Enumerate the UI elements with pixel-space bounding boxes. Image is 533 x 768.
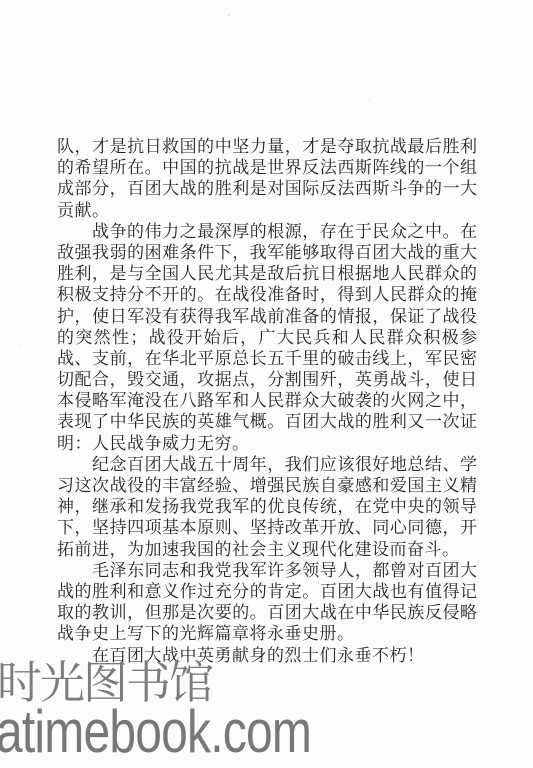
- text-line: 下，坚持四项基本原则、坚持改革开放、同心同德，开: [57, 517, 477, 538]
- text-line: 敌强我弱的困难条件下，我军能够取得百团大战的重大: [57, 242, 477, 263]
- page-text-block: 队，才是抗日救国的中坚力量，才是夺取抗战最后胜利 的希望所在。中国的抗战是世界反…: [57, 136, 477, 666]
- text-line: 的希望所在。中国的抗战是世界反法西斯阵线的一个组: [57, 157, 477, 178]
- text-line: 胜利，是与全国人民尤其是敌后抗日根据地人民群众的: [57, 263, 477, 284]
- text-line: 战的胜利和意义作过充分的肯定。百团大战也有值得记: [57, 581, 477, 602]
- text-line: 明：人民战争威力无穷。: [57, 433, 477, 454]
- text-line: 习这次战役的丰富经验、增强民族自豪感和爱国主义精: [57, 475, 477, 496]
- text-line: 成部分，百团大战的胜利是对国际反法西斯斗争的一大: [57, 178, 477, 199]
- text-line: 队，才是抗日救国的中坚力量，才是夺取抗战最后胜利: [57, 136, 477, 157]
- text-line: 积极支持分不开的。在战役准备时，得到人民群众的掩: [57, 284, 477, 305]
- watermark-domain: atimebook.com: [0, 701, 311, 763]
- text-line: 战、支前，在华北平原总长五千里的破击线上，军民密: [57, 348, 477, 369]
- text-line: 神，继承和发扬我党我军的优良传统，在党中央的领导: [57, 496, 477, 517]
- text-line: 毛泽东同志和我党我军许多领导人，都曾对百团大: [57, 560, 477, 581]
- text-line: 贡献。: [57, 200, 477, 221]
- text-line: 取的教训，但那是次要的。百团大战在中华民族反侵略: [57, 602, 477, 623]
- text-line: 护，使日军没有获得我军战前准备的情报，保证了战役: [57, 306, 477, 327]
- text-line: 本侵略军淹没在八路军和人民群众大破袭的火网之中，: [57, 390, 477, 411]
- scan-speckles: [228, 14, 230, 16]
- text-line: 纪念百团大战五十周年，我们应该很好地总结、学: [57, 454, 477, 475]
- text-line: 切配合，毁交通，攻据点，分割围歼，英勇战斗，使日: [57, 369, 477, 390]
- text-line: 拓前进，为加速我国的社会主义现代化建设而奋斗。: [57, 539, 477, 560]
- text-line: 战争史上写下的光辉篇章将永垂史册。: [57, 623, 477, 644]
- text-line: 战争的伟力之最深厚的根源，存在于民众之中。在: [57, 221, 477, 242]
- text-line: 的突然性；战役开始后，广大民兵和人民群众积极参: [57, 327, 477, 348]
- text-line: 表现了中华民族的英雄气概。百团大战的胜利又一次证: [57, 411, 477, 432]
